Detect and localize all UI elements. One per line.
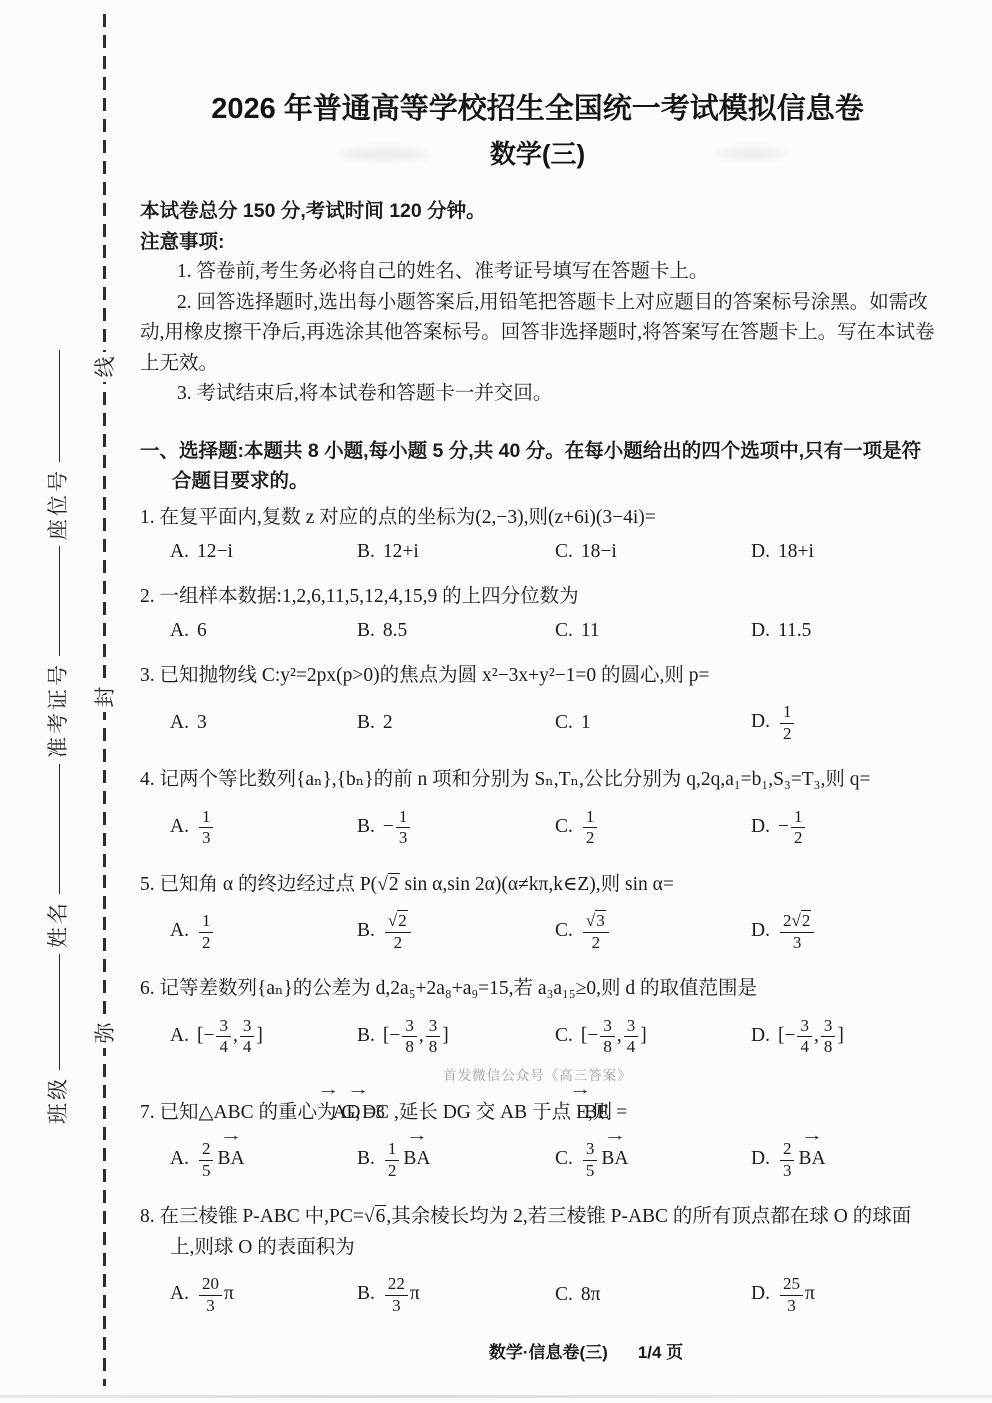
options-row: A.[−34,34]B.[−38,38]C.[−38,34]D.[−34,38] — [170, 1009, 935, 1065]
sqrt: √2 — [388, 910, 408, 930]
sqrt: √2 — [377, 873, 399, 895]
question-stem: 5. 已知角 α 的终边经过点 P(√2 sin α,sin 2α)(α≠kπ,… — [140, 870, 935, 901]
option-label: C. — [555, 712, 573, 733]
option-label: D. — [751, 541, 770, 562]
sqrt: √2 — [791, 910, 811, 930]
question-3: 3. 已知抛物线 C:y²=2px(p>0)的焦点为圆 x²−3x+y²−1=0… — [140, 661, 935, 752]
fraction: 12 — [780, 702, 795, 744]
option-label: D. — [751, 711, 770, 732]
option-value: [−38,34] — [581, 1025, 647, 1046]
question-number: 1. — [140, 507, 155, 528]
fraction: 23 — [780, 1139, 795, 1181]
fraction: 223 — [385, 1274, 408, 1316]
option-label: C. — [555, 816, 573, 837]
option-value: 1 — [581, 712, 591, 733]
options-row: A.25BAB.12BAC.35BAD.23BA — [170, 1132, 935, 1188]
option-value: 18−i — [581, 541, 617, 562]
options-row: A.6B.8.5C.11D.11.5 — [170, 616, 935, 647]
notice-heading: 注意事项: — [140, 227, 935, 258]
option-a: A.25BA — [170, 1139, 357, 1181]
option-label: D. — [751, 816, 770, 837]
section-heading: 一、选择题:本题共 8 小题,每小题 5 分,共 40 分。在每小题给出的四个选… — [140, 436, 935, 497]
fraction: 25 — [199, 1139, 214, 1181]
fraction: 34 — [216, 1016, 231, 1058]
question-7: 7. 已知△ABC 的重心为 G,AD=3 DC,延长 DG 交 AB 于点 E… — [140, 1098, 935, 1189]
seal-char-feng: 封 — [90, 682, 120, 712]
option-value: 12 — [778, 711, 797, 732]
exam-number-label: 准考证号 — [46, 662, 70, 758]
question-8: 8. 在三棱锥 P-ABC 中,PC=√6,其余棱长均为 2,若三棱锥 P-AB… — [140, 1202, 935, 1323]
options-row: A.13B.−13C.12D.−12 — [170, 800, 935, 856]
option-value: 23BA — [778, 1148, 828, 1169]
fraction: 253 — [780, 1274, 803, 1316]
option-value: 35BA — [581, 1148, 631, 1169]
option-label: B. — [357, 920, 375, 941]
option-value: 3 — [197, 712, 207, 733]
page-footer: 数学·信息卷(三)1/4 页 — [0, 1338, 992, 1363]
question-5: 5. 已知角 α 的终边经过点 P(√2 sin α,sin 2α)(α≠kπ,… — [140, 870, 935, 961]
option-value: 6 — [197, 620, 207, 641]
option-label: A. — [170, 1025, 189, 1046]
option-d: D.12 — [751, 702, 935, 744]
fraction: 34 — [624, 1016, 639, 1058]
question-stem: 1. 在复平面内,复数 z 对应的点的坐标为(2,−3),则(z+6i)(3−4… — [140, 503, 935, 534]
option-value: 12−i — [197, 541, 233, 562]
question-1: 1. 在复平面内,复数 z 对应的点的坐标为(2,−3),则(z+6i)(3−4… — [140, 503, 935, 568]
fraction: 203 — [199, 1274, 222, 1316]
fraction: 12 — [583, 807, 598, 849]
option-a: A.3 — [170, 708, 357, 739]
question-6: 6. 记等差数列{aₙ}的公差为 d,2a₅+2a₈+a₉=15,若 a₃a₁₅… — [140, 974, 935, 1065]
fraction: 38 — [600, 1016, 615, 1058]
question-number: 6. — [140, 978, 155, 999]
exam-number-blank-underline — [59, 546, 60, 656]
sqrt: √6 — [364, 1205, 386, 1227]
name-label: 姓名 — [46, 900, 70, 948]
vector: BA — [403, 1144, 430, 1175]
option-a: A.13 — [170, 807, 357, 849]
option-value: 2 — [383, 712, 393, 733]
question-number: 4. — [140, 769, 155, 790]
fraction: √32 — [583, 911, 609, 953]
option-value: 11 — [581, 620, 600, 641]
notice-item-1: 1. 答卷前,考生务必将自己的姓名、准考证号填写在答题卡上。 — [140, 257, 935, 288]
option-d: D.11.5 — [751, 616, 935, 647]
option-c: C.[−38,34] — [555, 1016, 751, 1058]
option-label: A. — [170, 920, 189, 941]
footer-page-number: 1/4 页 — [638, 1343, 683, 1362]
option-a: A.12−i — [170, 537, 357, 568]
option-label: C. — [555, 1148, 573, 1169]
option-a: A.203π — [170, 1274, 357, 1316]
option-d: D.2√23 — [751, 911, 935, 953]
option-value: 12 — [581, 816, 600, 837]
option-b: B.√22 — [357, 911, 555, 953]
question-list: 1. 在复平面内,复数 z 对应的点的坐标为(2,−3),则(z+6i)(3−4… — [140, 503, 935, 1324]
option-label: B. — [357, 1025, 375, 1046]
option-label: A. — [170, 1283, 189, 1304]
class-blank-underline — [59, 954, 60, 1070]
fraction: 2√23 — [780, 911, 814, 953]
option-label: C. — [555, 1284, 573, 1305]
option-label: B. — [357, 816, 375, 837]
student-info-strip: 班级姓名准考证号座位号 — [42, 252, 72, 1252]
option-b: B.[−38,38] — [357, 1016, 555, 1058]
notice-item-2: 2. 回答选择题时,选出每小题答案后,用铅笔把答题卡上对应题目的答案标号涂黑。如… — [140, 288, 935, 380]
option-label: D. — [751, 1148, 770, 1169]
option-value: √32 — [581, 920, 611, 941]
option-a: A.12 — [170, 911, 357, 953]
name-blank-underline — [59, 764, 60, 894]
option-c: C.12 — [555, 807, 751, 849]
option-b: B.2 — [357, 708, 555, 739]
option-c: C.11 — [555, 616, 751, 647]
options-row: A.12−iB.12+iC.18−iD.18+i — [170, 537, 935, 568]
seat-number-label: 座位号 — [46, 468, 70, 540]
seat-number-blank-underline — [59, 350, 60, 462]
option-label: D. — [751, 1283, 770, 1304]
seal-char-xian: 线 — [90, 352, 120, 382]
option-label: C. — [555, 541, 573, 562]
option-label: B. — [357, 541, 375, 562]
option-b: B.−13 — [357, 807, 555, 849]
fraction: 12 — [791, 807, 806, 849]
option-value: 8.5 — [383, 620, 407, 641]
fraction: 13 — [199, 807, 214, 849]
page-subtitle: 数学(三) — [140, 136, 935, 172]
option-label: C. — [555, 620, 573, 641]
option-value: 253π — [778, 1283, 815, 1304]
question-2: 2. 一组样本数据:1,2,6,11,5,12,4,15,9 的上四分位数为A.… — [140, 582, 935, 647]
fraction: 38 — [821, 1016, 836, 1058]
option-value: 12+i — [383, 541, 419, 562]
option-label: B. — [357, 1283, 375, 1304]
option-b: B.12BA — [357, 1139, 555, 1181]
page-title: 2026 年普通高等学校招生全国统一考试模拟信息卷 — [140, 88, 935, 130]
watermark: 首发微信公众号《高三答案》 — [140, 1068, 935, 1084]
exam-paper-page: 线 封 弥 班级姓名准考证号座位号 2026 年普通高等学校招生全国统一考试模拟… — [0, 0, 992, 1403]
question-stem: 2. 一组样本数据:1,2,6,11,5,12,4,15,9 的上四分位数为 — [140, 582, 935, 613]
option-b: B.223π — [357, 1274, 555, 1316]
option-value: 203π — [197, 1283, 234, 1304]
fraction: √22 — [385, 911, 411, 953]
option-value: 12 — [197, 920, 216, 941]
option-value: √22 — [383, 920, 413, 941]
option-value: 13 — [197, 816, 216, 837]
option-value: 18+i — [778, 541, 814, 562]
option-label: A. — [170, 620, 189, 641]
question-4: 4. 记两个等比数列{aₙ},{bₙ}的前 n 项和分别为 Sₙ,Tₙ,公比分别… — [140, 765, 935, 856]
option-label: A. — [170, 541, 189, 562]
exam-content: 2026 年普通高等学校招生全国统一考试模拟信息卷 数学(三) 本试卷总分 15… — [140, 88, 935, 1323]
notice-item-3: 3. 考试结束后,将本试卷和答题卡一并交回。 — [140, 379, 935, 410]
fraction: 12 — [385, 1139, 400, 1181]
option-label: D. — [751, 1025, 770, 1046]
fraction: 34 — [240, 1016, 255, 1058]
question-stem: 7. 已知△ABC 的重心为 G,AD=3 DC,延长 DG 交 AB 于点 E… — [140, 1098, 935, 1129]
question-number: 3. — [140, 665, 155, 686]
footer-title: 数学·信息卷(三) — [489, 1343, 608, 1362]
option-c: C.√32 — [555, 911, 751, 953]
option-b: B.8.5 — [357, 616, 555, 647]
options-row: A.203πB.223πC.8πD.253π — [170, 1267, 935, 1323]
option-d: D.[−34,38] — [751, 1016, 935, 1058]
exam-summary: 本试卷总分 150 分,考试时间 120 分钟。 — [140, 196, 935, 227]
option-label: B. — [357, 712, 375, 733]
question-number: 7. — [140, 1102, 155, 1123]
option-value: 2√23 — [778, 920, 816, 941]
option-label: A. — [170, 712, 189, 733]
seal-char-mi: 弥 — [90, 1018, 120, 1048]
option-value: 12BA — [383, 1148, 433, 1169]
fraction: 13 — [396, 807, 411, 849]
option-value: −12 — [778, 816, 808, 837]
scan-bottom-edge — [0, 1395, 992, 1398]
options-row: A.12B.√22C.√32D.2√23 — [170, 904, 935, 960]
options-row: A.3B.2C.1D.12 — [170, 695, 935, 751]
option-label: A. — [170, 816, 189, 837]
option-d: D.−12 — [751, 807, 935, 849]
option-c: C.1 — [555, 708, 751, 739]
question-number: 5. — [140, 874, 155, 895]
option-value: 223π — [383, 1283, 420, 1304]
sqrt: √3 — [586, 910, 606, 930]
fraction: 38 — [402, 1016, 417, 1058]
option-a: A.[−34,34] — [170, 1016, 357, 1058]
question-stem: 4. 记两个等比数列{aₙ},{bₙ}的前 n 项和分别为 Sₙ,Tₙ,公比分别… — [140, 765, 935, 796]
fraction: 38 — [426, 1016, 441, 1058]
option-label: D. — [751, 920, 770, 941]
option-label: C. — [555, 920, 573, 941]
option-value: 11.5 — [778, 620, 811, 641]
fraction: 34 — [797, 1016, 812, 1058]
question-stem: 8. 在三棱锥 P-ABC 中,PC=√6,其余棱长均为 2,若三棱锥 P-AB… — [140, 1202, 935, 1263]
option-d: D.23BA — [751, 1139, 935, 1181]
question-number: 2. — [140, 586, 155, 607]
option-d: D.253π — [751, 1274, 935, 1316]
option-value: −13 — [383, 816, 413, 837]
option-value: 25BA — [197, 1148, 247, 1169]
option-value: [−34,38] — [778, 1025, 844, 1046]
option-label: B. — [357, 1148, 375, 1169]
option-value: [−34,34] — [197, 1025, 263, 1046]
option-c: C.18−i — [555, 537, 751, 568]
option-value: [−38,38] — [383, 1025, 449, 1046]
option-label: C. — [555, 1025, 573, 1046]
option-a: A.6 — [170, 616, 357, 647]
vector: BA — [601, 1144, 628, 1175]
vector: BA — [798, 1144, 825, 1175]
class-label: 班级 — [46, 1076, 70, 1124]
vector: BA — [217, 1144, 244, 1175]
option-value: 8π — [581, 1284, 601, 1305]
question-stem: 6. 记等差数列{aₙ}的公差为 d,2a₅+2a₈+a₉=15,若 a₃a₁₅… — [140, 974, 935, 1005]
option-c: C.35BA — [555, 1139, 751, 1181]
option-label: D. — [751, 620, 770, 641]
fraction: 12 — [199, 911, 214, 953]
question-stem: 3. 已知抛物线 C:y²=2px(p>0)的焦点为圆 x²−3x+y²−1=0… — [140, 661, 935, 692]
fraction: 35 — [583, 1139, 598, 1181]
option-c: C.8π — [555, 1280, 751, 1311]
question-number: 8. — [140, 1206, 155, 1227]
option-label: A. — [170, 1148, 189, 1169]
option-label: B. — [357, 620, 375, 641]
option-d: D.18+i — [751, 537, 935, 568]
option-b: B.12+i — [357, 537, 555, 568]
